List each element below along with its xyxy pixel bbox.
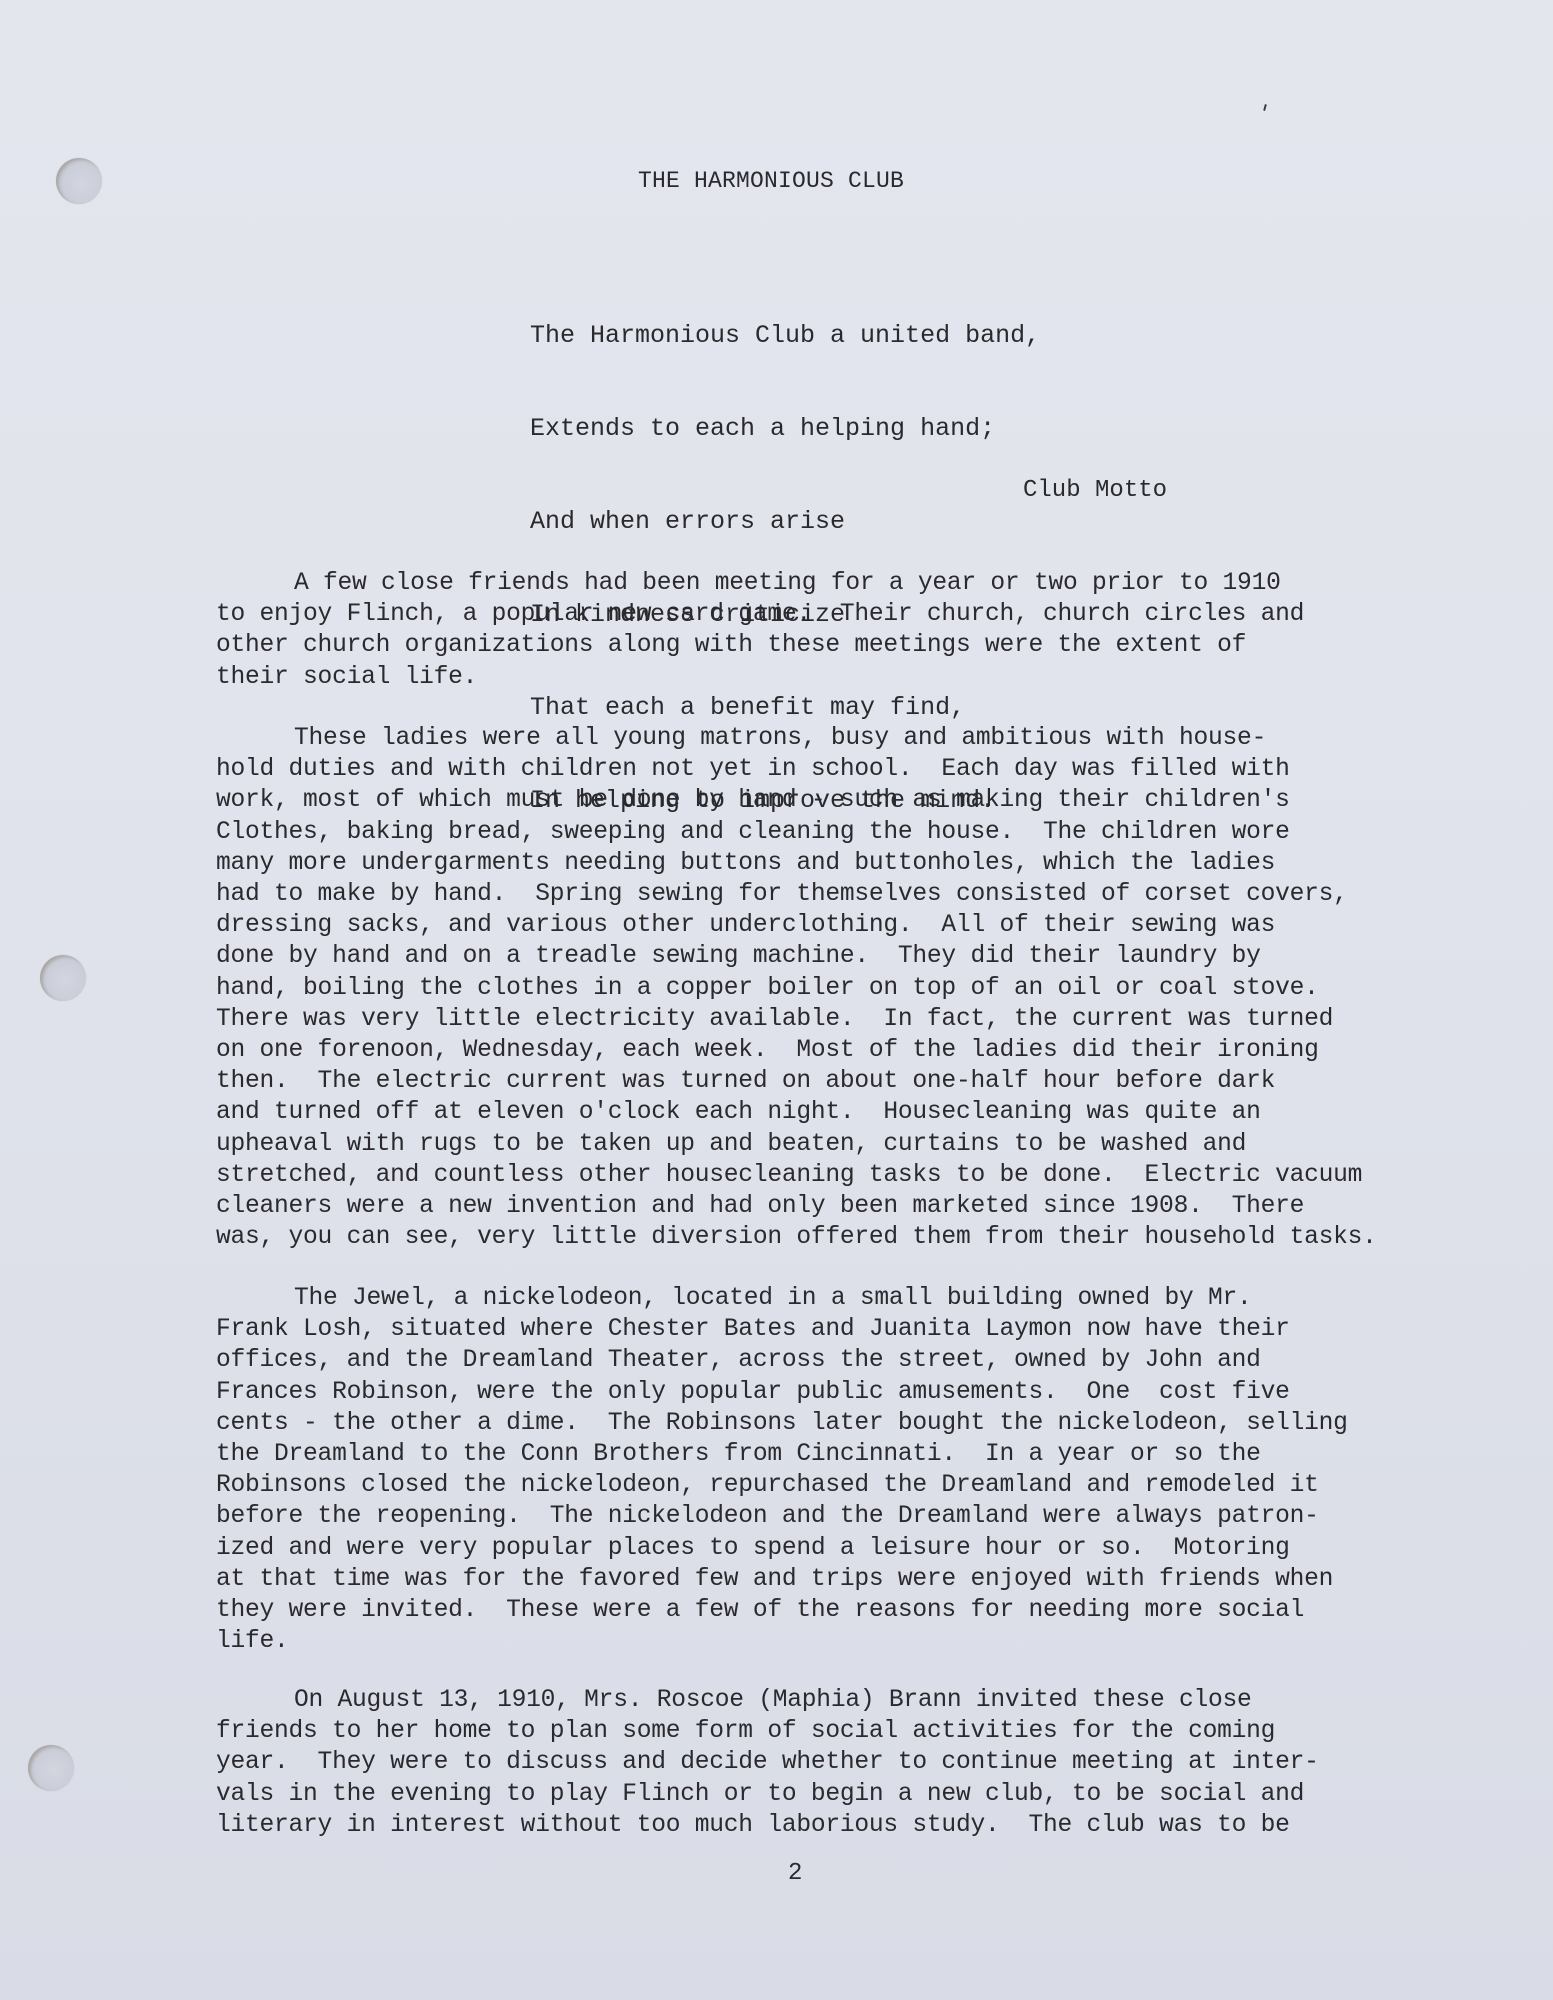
document-page: THE HARMONIOUS CLUB The Harmonious Club … — [0, 0, 1553, 2000]
paragraph-line: literary in interest without too much la… — [216, 1810, 1319, 1841]
paragraph-line: ized and were very popular places to spe… — [216, 1533, 1348, 1564]
paragraph-line: on one forenoon, Wednesday, each week. M… — [216, 1035, 1377, 1066]
paragraph-line: had to make by hand. Spring sewing for t… — [216, 879, 1377, 910]
poem-line: The Harmonious Club a united band, — [530, 320, 1040, 351]
binder-hole — [28, 1745, 74, 1791]
paragraph-line: hand, boiling the clothes in a copper bo… — [216, 973, 1377, 1004]
poem-line: And when errors arise — [530, 506, 1040, 537]
document-title: THE HARMONIOUS CLUB — [638, 168, 904, 194]
paragraph-line: year. They were to discuss and decide wh… — [216, 1747, 1319, 1778]
poem-line: That each a benefit may find, — [530, 692, 1040, 723]
paragraph-line: before the reopening. The nickelodeon an… — [216, 1501, 1348, 1532]
paragraph-line: Robinsons closed the nickelodeon, repurc… — [216, 1470, 1348, 1501]
paragraph-line: the Dreamland to the Conn Brothers from … — [216, 1439, 1348, 1470]
paragraph-line: at that time was for the favored few and… — [216, 1564, 1348, 1595]
paragraph-line: There was very little electricity availa… — [216, 1004, 1377, 1035]
paragraph-line: On August 13, 1910, Mrs. Roscoe (Maphia)… — [216, 1685, 1319, 1716]
paragraph: On August 13, 1910, Mrs. Roscoe (Maphia)… — [216, 1685, 1319, 1841]
paragraph-line: stretched, and countless other houseclea… — [216, 1160, 1377, 1191]
paragraph-line: These ladies were all young matrons, bus… — [216, 723, 1377, 754]
paragraph-line: dressing sacks, and various other underc… — [216, 910, 1377, 941]
paragraph-line: to enjoy Flinch, a popular new card game… — [216, 599, 1304, 630]
paragraph: The Jewel, a nickelodeon, located in a s… — [216, 1283, 1348, 1657]
paragraph-line: friends to her home to plan some form of… — [216, 1716, 1319, 1747]
paragraph-line: Frank Losh, situated where Chester Bates… — [216, 1314, 1348, 1345]
paragraph-line: life. — [216, 1626, 1348, 1657]
poem-attribution: Club Motto — [1023, 477, 1167, 504]
poem-line: Extends to each a helping hand; — [530, 413, 1040, 444]
paragraph-line: hold duties and with children not yet in… — [216, 754, 1377, 785]
paragraph-line: The Jewel, a nickelodeon, located in a s… — [216, 1283, 1348, 1314]
paragraph-line: their social life. — [216, 662, 1304, 693]
paragraph-line: cents - the other a dime. The Robinsons … — [216, 1408, 1348, 1439]
paragraph-line: and turned off at eleven o'clock each ni… — [216, 1097, 1377, 1128]
paragraph: A few close friends had been meeting for… — [216, 568, 1304, 693]
paragraph-line: Clothes, baking bread, sweeping and clea… — [216, 817, 1377, 848]
paragraph-line: A few close friends had been meeting for… — [216, 568, 1304, 599]
paragraph-line: upheaval with rugs to be taken up and be… — [216, 1129, 1377, 1160]
paragraph-line: vals in the evening to play Flinch or to… — [216, 1779, 1319, 1810]
paper-speck — [1263, 104, 1267, 111]
page-number: 2 — [788, 1860, 802, 1887]
paragraph: These ladies were all young matrons, bus… — [216, 723, 1377, 1253]
paragraph-line: work, most of which must be done by hand… — [216, 785, 1377, 816]
binder-hole — [56, 158, 102, 204]
paragraph-line: done by hand and on a treadle sewing mac… — [216, 941, 1377, 972]
paragraph-line: was, you can see, very little diversion … — [216, 1222, 1377, 1253]
paragraph-line: cleaners were a new invention and had on… — [216, 1191, 1377, 1222]
paragraph-line: they were invited. These were a few of t… — [216, 1595, 1348, 1626]
paragraph-line: Frances Robinson, were the only popular … — [216, 1377, 1348, 1408]
paragraph-line: then. The electric current was turned on… — [216, 1066, 1377, 1097]
binder-hole — [40, 955, 86, 1001]
paragraph-line: offices, and the Dreamland Theater, acro… — [216, 1345, 1348, 1376]
paragraph-line: other church organizations along with th… — [216, 630, 1304, 661]
paragraph-line: many more undergarments needing buttons … — [216, 848, 1377, 879]
